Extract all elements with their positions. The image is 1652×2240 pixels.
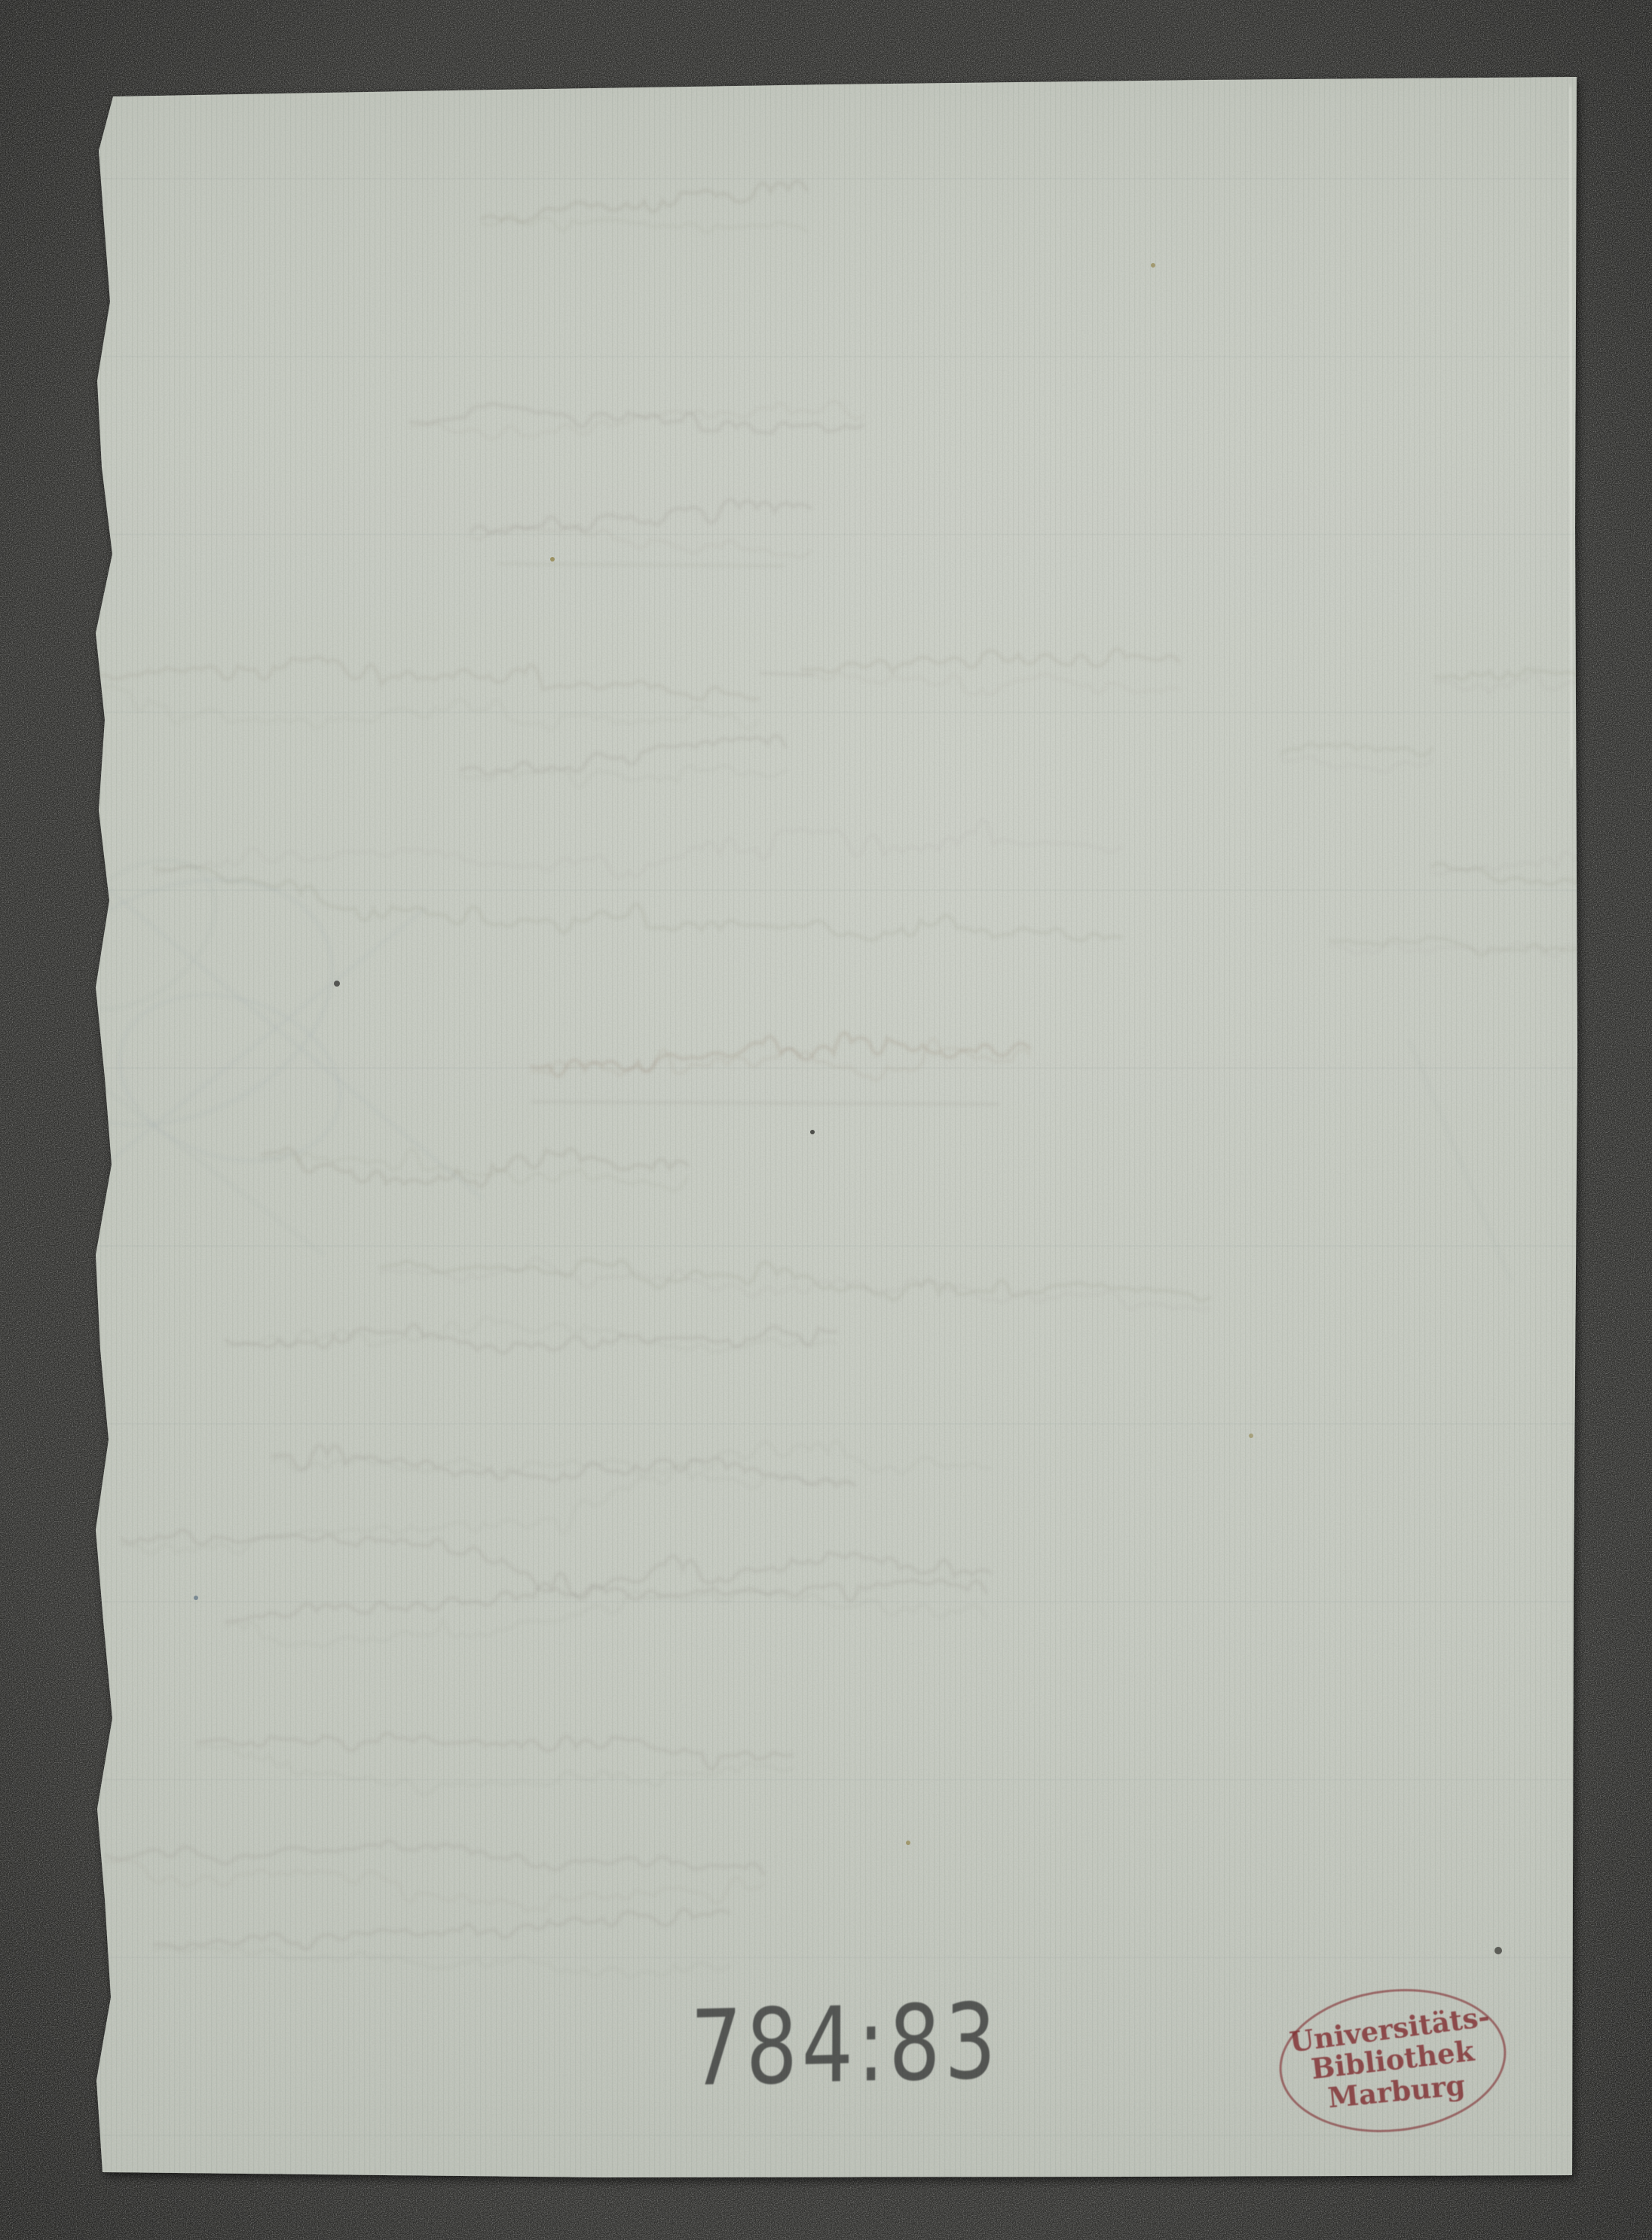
scanned-page-art — [0, 0, 1652, 2240]
shelfmark-number: 784:83 — [690, 1990, 1001, 2101]
paper-surface-texture — [75, 60, 1598, 2201]
scan-viewport: 784:83 Universitäts- Bibliothek Marburg — [0, 0, 1652, 2240]
